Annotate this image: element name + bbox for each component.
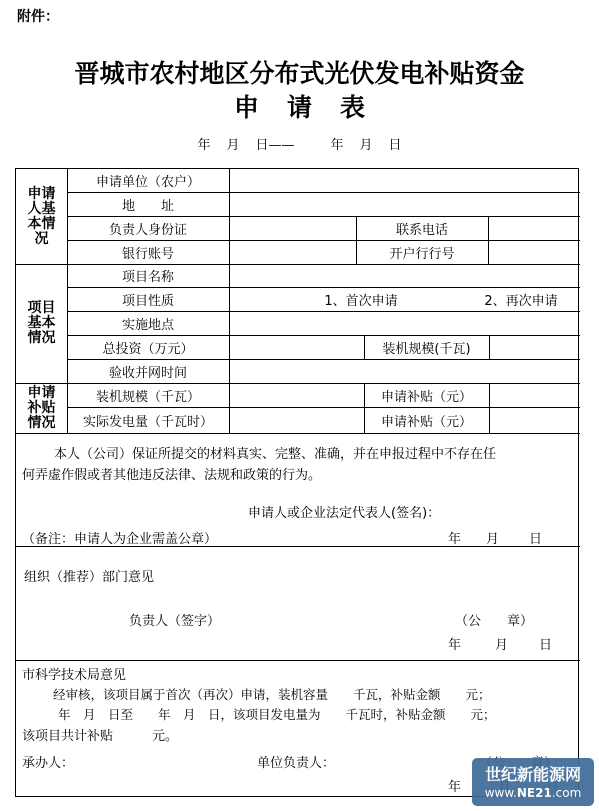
subsidy-section-label: 申请 补贴 情况: [16, 383, 67, 433]
field-label-actual-generation: 实际发电量（千瓦时）: [67, 407, 229, 433]
bank-code-input[interactable]: [488, 240, 580, 264]
field-label-applicant-unit: 申请单位（农户）: [67, 169, 229, 192]
subtitle-char: 请: [287, 88, 312, 124]
year-label: 年: [197, 134, 210, 153]
declaration-line-2: 何弄虚作假或者其他违反法律、法规和政策的行为。: [22, 464, 321, 483]
field-label-project-name: 项目名称: [67, 264, 229, 287]
subsidy-amount-input[interactable]: [489, 383, 580, 407]
watermark-url-prefix: www.: [485, 786, 517, 800]
handler-label: 承办人：: [22, 752, 74, 771]
total-investment-input[interactable]: [229, 335, 364, 359]
field-label-address: 地 址: [67, 192, 229, 216]
field-label-bank-account: 银行账号: [67, 240, 229, 264]
field-label-capacity: 装机规模(千瓦): [364, 335, 489, 359]
subsidy-amount-2-input[interactable]: [489, 407, 580, 433]
applicant-unit-input[interactable]: [229, 169, 580, 192]
project-section-label: 项目 基本 情况: [16, 264, 67, 383]
field-label-installed-capacity: 装机规模（千瓦）: [67, 383, 229, 407]
field-label-phone: 联系电话: [356, 216, 488, 240]
declaration-year: 年: [448, 528, 461, 547]
bank-account-input[interactable]: [229, 240, 356, 264]
watermark-site-name: 世纪新能源网: [472, 762, 594, 785]
field-label-grid-time: 验收并网时间: [67, 359, 229, 383]
watermark-url-suffix: .com: [552, 786, 581, 800]
field-label-total-investment: 总投资（万元）: [67, 335, 229, 359]
org-signer-label: 负责人（签字）: [129, 610, 220, 629]
org-seal-label: （公 章）: [455, 610, 533, 629]
attachment-label: 附件：: [17, 6, 59, 26]
org-opinion-title: 组织（推荐）部门意见: [24, 566, 154, 585]
declaration-line-1: 本人（公司）保证所提交的材料真实、完整、准确，并在申报过程中不存在任: [54, 443, 496, 462]
project-name-input[interactable]: [229, 264, 580, 287]
watermark-url-brand: NE21: [517, 786, 552, 800]
field-label-subsidy-amount-2: 申请补贴（元）: [364, 407, 489, 433]
divider: [16, 660, 580, 661]
org-month: 月: [495, 634, 508, 653]
declaration-month: 月: [486, 528, 499, 547]
bureau-year: 年: [448, 776, 461, 795]
field-label-id-number: 负责人身份证: [67, 216, 229, 240]
phone-input[interactable]: [488, 216, 580, 240]
year-label: 年: [331, 134, 344, 153]
bureau-opinion-title: 市科学技术局意见: [22, 664, 126, 683]
location-input[interactable]: [229, 311, 580, 335]
unit-head-label: 单位负责人：: [257, 752, 335, 771]
field-label-location: 实施地点: [67, 311, 229, 335]
field-label-bank-code: 开户行行号: [356, 240, 488, 264]
subtitle-char: 表: [340, 88, 365, 124]
divider: [16, 433, 580, 434]
day-label: 日——: [255, 134, 294, 153]
site-watermark: 世纪新能源网 www.NE21.com: [472, 758, 594, 806]
watermark-url: www.NE21.com: [472, 786, 594, 800]
bureau-opinion-line-2: 年 月 日至 年 月 日，该项目发电量为 千瓦时，补贴金额 元；: [58, 705, 496, 723]
date-range: 年月日——年月日: [0, 134, 599, 153]
actual-generation-input[interactable]: [229, 407, 364, 433]
application-table: 申请 人基 本情 况 项目 基本 情况 申请 补贴 情况 申请单位（农户） 地 …: [15, 168, 579, 797]
form-subtitle: 申请表: [0, 88, 599, 124]
month-label: 月: [360, 134, 373, 153]
month-label: 月: [226, 134, 239, 153]
field-label-subsidy-amount: 申请补贴（元）: [364, 383, 489, 407]
grid-time-input[interactable]: [229, 359, 580, 383]
declaration-day: 日: [529, 528, 542, 547]
id-number-input[interactable]: [229, 216, 356, 240]
capacity-input[interactable]: [489, 335, 580, 359]
bureau-opinion-line-3: 该项目共计补贴 元。: [22, 725, 178, 744]
address-input[interactable]: [229, 192, 580, 216]
applicant-section-label: 申请 人基 本情 况: [16, 169, 67, 264]
org-day: 日: [539, 634, 552, 653]
option-repeat-application[interactable]: 2、再次申请: [466, 287, 576, 311]
field-label-project-type: 项目性质: [67, 287, 229, 311]
org-year: 年: [448, 634, 461, 653]
form-title: 晋城市农村地区分布式光伏发电补贴资金: [0, 54, 599, 90]
bureau-opinion-line-1: 经审核，该项目属于首次（再次）申请，装机容量 千瓦，补贴金额 元；: [53, 685, 491, 703]
installed-capacity-input[interactable]: [229, 383, 364, 407]
signature-label: 申请人或企业法定代表人(签名)：: [248, 502, 440, 521]
option-first-application[interactable]: 1、首次申请: [306, 287, 416, 311]
day-label: 日: [389, 134, 402, 153]
company-seal-note: （备注：申请人为企业需盖公章）: [22, 528, 217, 547]
subtitle-char: 申: [234, 88, 259, 124]
